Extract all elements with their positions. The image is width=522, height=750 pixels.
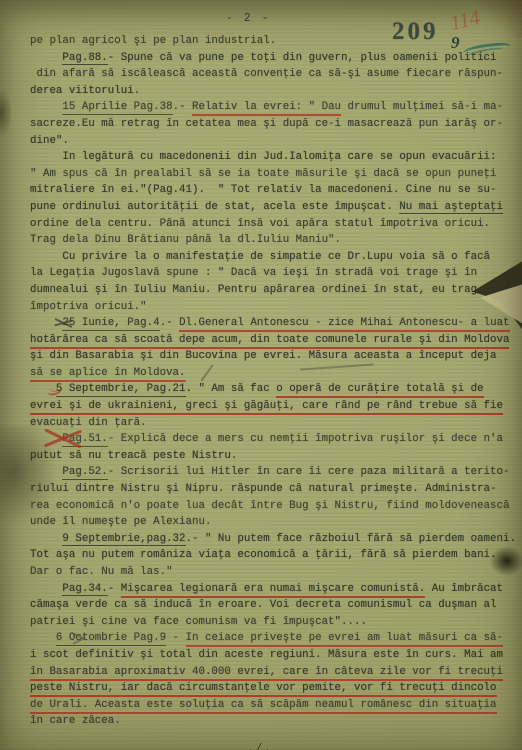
typed-text: pune ordinului autorităţii de stat, acel… xyxy=(30,201,399,213)
document-line: Trag dela Dinu Brătianu până la dl.Iuliu… xyxy=(30,232,518,249)
typed-text: la Legaţia Jugoslavă spune : " Dacă va i… xyxy=(30,267,477,279)
document-line: patriei şi cine va face comunism va fi î… xyxy=(30,614,518,631)
typed-text: derea viitorului. xyxy=(30,85,140,97)
typed-text: In legătură cu macedonenii din Jud.Ialom… xyxy=(30,151,497,163)
typed-text: " Am spus că în prealabil să se ia toate… xyxy=(30,168,497,180)
document-line: " Am spus că în prealabil să se ia toate… xyxy=(30,166,518,183)
typed-text xyxy=(30,466,62,478)
document-line: i scot definitiv şi total din aceste reg… xyxy=(30,647,518,664)
typed-text: - xyxy=(108,583,121,595)
document-line: Pag.88.- Spune că va pune pe toţi din gu… xyxy=(30,50,518,67)
document-line: pe plan agricol şi pe plan industrial. xyxy=(30,33,518,50)
typed-text: putut să nu treacă peste Nistru. xyxy=(30,450,237,462)
typed-text: - Scrisorii lui Hitler în care îi cere p… xyxy=(108,466,510,478)
typed-text: .- " Nu putem face războiul fără să pier… xyxy=(186,533,516,545)
document-line: In legătură cu macedonenii din Jud.Ialom… xyxy=(30,149,518,166)
typed-text: patriei şi cine va face comunism va fi î… xyxy=(30,616,367,628)
red-underlined-text: de Urali. Aceasta este soluţia ca să scă… xyxy=(30,699,497,714)
document-line: evrei şi de ukrainieni, greci şi găgăuţi… xyxy=(30,398,518,415)
underlined-heading-text: Pag.88. xyxy=(62,52,107,66)
red-underlined-text: Mişcarea legionară era numai mişcare com… xyxy=(121,583,426,598)
typed-text xyxy=(30,52,62,64)
document-line: din afară să iscălească această convenţi… xyxy=(30,66,518,83)
typed-text: sacreze.Eu mă retrag în cetatea mea şi d… xyxy=(30,118,503,130)
typed-text: cămaşa verde ca să inducă în eroare. Voi… xyxy=(30,599,497,611)
typed-text: şi din Basarabia şi din Bucovina pe evre… xyxy=(30,350,497,362)
document-line: ordine dela centru. Până atunci însă voi… xyxy=(30,216,518,233)
document-line: sacreze.Eu mă retrag în cetatea mea şi d… xyxy=(30,116,518,133)
typed-text: Au îmbrăcat xyxy=(425,583,503,595)
document-line: pune ordinului autorităţii de stat, acel… xyxy=(30,199,518,216)
typed-text xyxy=(30,101,62,113)
scanned-document-page: - 2 - 209 114 9 pe plan agricol şi pe pl… xyxy=(0,0,522,750)
handwritten-red-number: 114 xyxy=(447,5,482,37)
document-line: Tot aşa nu putem româniza viaţa economic… xyxy=(30,547,518,564)
typed-text: - Spune că va pune pe toţi din guvern, p… xyxy=(108,52,497,64)
document-line: putut să nu treacă peste Nistru. xyxy=(30,448,518,465)
document-line: cămaşa verde ca să inducă în eroare. Voi… xyxy=(30,597,518,614)
document-line: 15 Aprilie Pag.38.- Relativ la evrei: " … xyxy=(30,99,518,116)
typed-page-number: - 2 - xyxy=(226,12,271,25)
typed-text: - xyxy=(166,632,185,644)
document-line: unde îl numeşte pe Alexianu. xyxy=(30,514,518,531)
document-lines: pe plan agricol şi pe plan industrial. P… xyxy=(30,33,518,750)
typed-text xyxy=(30,632,56,644)
document-line: mitraliere în ei."(Pag.41). " Tot relati… xyxy=(30,182,518,199)
typed-text: i scot definitiv şi total din aceste reg… xyxy=(30,649,503,661)
document-line: Cu privire la o manifestaţie de simpatie… xyxy=(30,249,518,266)
document-line: dine". xyxy=(30,133,518,150)
typed-text: drumul mulţimei să-i ma- xyxy=(341,101,503,113)
document-line: Pag.52.- Scrisorii lui Hitler în care îi… xyxy=(30,464,518,481)
document-line: rea economică n'o poate lua decât între … xyxy=(30,498,518,515)
underlined-heading-text: 5 Septembrie, Pag.21 xyxy=(56,383,186,397)
document-line: 9 Septembrie,pag.32.- " Nu putem face ră… xyxy=(30,531,518,548)
underlined-heading-text: Pag.34. xyxy=(62,583,107,597)
typed-text xyxy=(30,533,62,545)
typed-text: unde îl numeşte pe Alexianu. xyxy=(30,516,211,528)
red-underlined-text: o operă de curăţire totală şi de xyxy=(276,383,483,398)
typed-text: Trag dela Dinu Brătianu până la dl.Iuliu… xyxy=(30,234,341,246)
document-line: riului dintre Nistru şi Nipru. răspunde … xyxy=(30,481,518,498)
document-line: 5 Septembrie, Pag.21. " Am să fac o oper… xyxy=(30,381,518,398)
document-line: derea viitorului. xyxy=(30,83,518,100)
underlined-heading-text: Nu mai aşteptaţi xyxy=(399,201,503,215)
typed-text: - Explică dece a mers cu nemţii împotriv… xyxy=(108,433,503,445)
underlined-heading-text: 6 Octombrie Pag.9 xyxy=(56,632,166,646)
red-underlined-text: Dl.General Antonescu - zice Mihai Antone… xyxy=(179,317,509,332)
typed-text: dumnealui şi în Iuliu Maniu. Pentru apăr… xyxy=(30,284,477,296)
typed-text: . " Am să fac xyxy=(186,383,277,395)
red-underlined-text: hotărârea ca să scoată depe acum, din to… xyxy=(30,334,509,349)
red-underlined-text: peste Nistru, iar dacă circumstanţele vo… xyxy=(30,682,497,697)
typed-text: Dar o fac. Nu mă las." xyxy=(30,566,173,578)
document-line: Pag.51.- Explică dece a mers cu nemţii î… xyxy=(30,431,518,448)
document-line: Dar o fac. Nu mă las." xyxy=(30,564,518,581)
underlined-heading-text: 25 Iunie, Pag.4 xyxy=(62,317,159,331)
typed-text: din afară să iscălească această convenţi… xyxy=(30,68,503,80)
typed-text: dine". xyxy=(30,135,69,147)
typed-text: Cu privire la o manifestaţie de simpatie… xyxy=(30,251,490,263)
document-line: în Basarabia aproximativ 40.000 evrei, c… xyxy=(30,664,518,681)
continuation-mark: ./. xyxy=(16,741,504,750)
typed-text: riului dintre Nistru şi Nipru. răspunde … xyxy=(30,483,497,495)
typed-text: .- xyxy=(160,317,179,329)
underlined-heading-text: Pag.52. xyxy=(62,466,107,480)
document-line: evacuaţi din ţară. xyxy=(30,415,518,432)
typed-text: .- xyxy=(173,101,192,113)
document-line: hotărârea ca să scoată depe acum, din to… xyxy=(30,332,518,349)
typed-text xyxy=(30,317,62,329)
underlined-heading-text: Pag.51. xyxy=(62,433,107,447)
typed-text xyxy=(30,383,56,395)
typed-text: mitraliere în ei."(Pag.41). " Tot relati… xyxy=(30,184,497,196)
typed-text: ordine dela centru. Până atunci însă voi… xyxy=(30,218,490,230)
typed-text: Tot aşa nu putem româniza viaţa economic… xyxy=(30,549,497,561)
typed-text: evacuaţi din ţară. xyxy=(30,417,147,429)
document-line: peste Nistru, iar dacă circumstanţele vo… xyxy=(30,680,518,697)
document-line: să se aplice în Moldova. xyxy=(30,365,518,382)
red-underlined-text: să se aplice în Moldova. xyxy=(30,367,186,382)
document-line: şi din Basarabia şi din Bucovina pe evre… xyxy=(30,348,518,365)
handwritten-blue-number: 9 xyxy=(451,33,460,53)
typed-text: împotriva oricui." xyxy=(30,301,147,313)
document-line: Pag.34.- Mişcarea legionară era numai mi… xyxy=(30,581,518,598)
document-line: de Urali. Aceasta este soluţia ca să scă… xyxy=(30,697,518,714)
page-number-stamp: 209 xyxy=(392,18,439,46)
red-underlined-text: evrei şi de ukrainieni, greci şi găgăuţi… xyxy=(30,400,503,415)
document-line: în care zăcea. xyxy=(30,713,518,730)
document-line: la Legaţia Jugoslavă spune : " Dacă va i… xyxy=(30,265,518,282)
red-underlined-text: Relativ la evrei: " Dau xyxy=(192,101,341,116)
typed-text: în care zăcea. xyxy=(30,715,121,727)
underlined-heading-text: 9 Septembrie,pag.32 xyxy=(62,533,185,547)
typed-text xyxy=(30,433,62,445)
typed-text xyxy=(30,583,62,595)
document-line: 6 Octombrie Pag.9 - In ceiace priveşte p… xyxy=(30,630,518,647)
underlined-heading-text: 15 Aprilie Pag.38 xyxy=(62,101,172,115)
document-line: 25 Iunie, Pag.4.- Dl.General Antonescu -… xyxy=(30,315,518,332)
document-line: împotriva oricui." xyxy=(30,299,518,316)
typed-text: rea economică n'o poate lua decât între … xyxy=(30,500,509,512)
document-line: dumnealui şi în Iuliu Maniu. Pentru apăr… xyxy=(30,282,518,299)
typed-text: pe plan agricol şi pe plan industrial. xyxy=(30,35,276,47)
red-underlined-text: în Basarabia aproximativ 40.000 evrei, c… xyxy=(30,666,503,681)
red-underlined-text: In ceiace priveşte pe evrei am luat măsu… xyxy=(186,632,503,647)
paper-stain xyxy=(0,90,12,136)
